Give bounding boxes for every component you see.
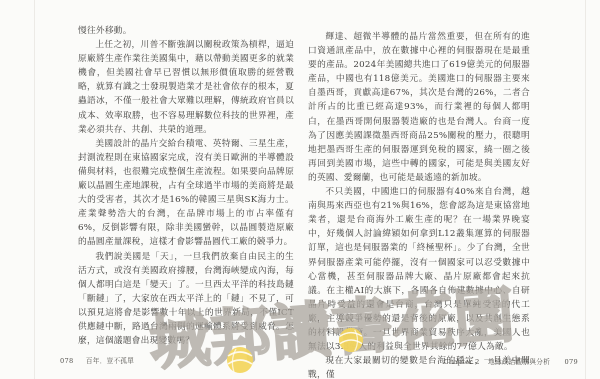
page-number: 078 xyxy=(60,357,74,365)
page-number: 079 xyxy=(565,358,579,366)
body-paragraph: 輝達、超微半導體的晶片當然重要，但在所有的進口資通訊產品中，放在數據中心裡的伺服… xyxy=(308,30,530,185)
left-page-footer: 078 百年．豈不孤單 xyxy=(60,355,134,365)
book-scan: 慢往外移動。 上任之初，川普不斷強調以關稅政策為槓桿，逼迫原廠將生產作業往美國集… xyxy=(0,0,600,379)
body-paragraph: 我們說美國是「天」，一旦我們放棄自由民主的生活方式，或沒有美國政府撐腰，台灣海峽… xyxy=(78,250,294,349)
page-edge-left xyxy=(34,0,35,379)
left-page-text-column: 慢往外移動。 上任之初，川普不斷強調以關稅政策為槓桿，逼迫原廠將生產作業往美國集… xyxy=(78,24,294,348)
chapter-title: 地緣政治觀察與分析 xyxy=(488,358,550,366)
chapter-label: Chapter 2 xyxy=(444,358,480,366)
body-paragraph: 慢往外移動。 xyxy=(78,24,294,38)
body-paragraph: 不只美國，中國進口的伺服器有40%來自台灣，越南與馬來西亞也有21%與16%，您… xyxy=(308,185,530,354)
body-paragraph: 美國設計的晶片交給台積電、英特爾、三星生產，封測流程則在東協國家完成，沒有美日歐… xyxy=(78,137,294,250)
yarn-ball-icon xyxy=(226,346,254,374)
right-page-text-column: 輝達、超微半導體的晶片當然重要，但在所有的進口資通訊產品中，放在數據中心裡的伺服… xyxy=(308,30,530,379)
body-paragraph: 上任之初，川普不斷強調以關稅政策為槓桿，逼迫原廠將生產作業往美國集中，藉以帶動美… xyxy=(78,38,294,137)
page-edge-right xyxy=(585,0,586,379)
running-title: 百年．豈不孤單 xyxy=(86,357,134,365)
right-page-footer: Chapter 2 地緣政治觀察與分析 079 xyxy=(444,356,579,366)
